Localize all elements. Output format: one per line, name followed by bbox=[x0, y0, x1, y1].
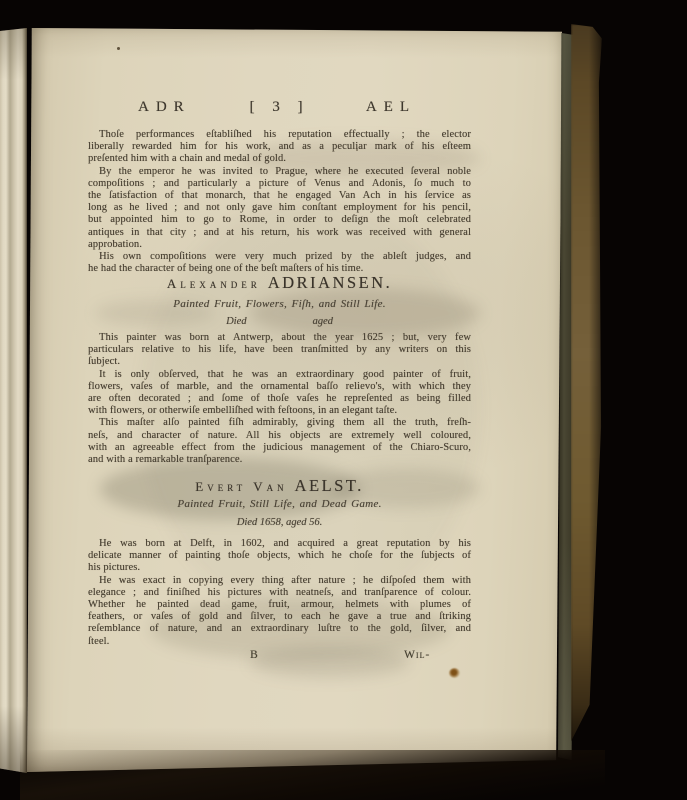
text-line: with an agreeable effect from the judici… bbox=[88, 442, 471, 454]
text-line: particulars relative to his life, have b… bbox=[88, 344, 471, 356]
paper-stain bbox=[250, 288, 480, 338]
page-footer: B Wil- bbox=[88, 649, 471, 665]
text-line: neſs, and character of nature. All his o… bbox=[88, 430, 471, 442]
catchword: Wil- bbox=[404, 649, 430, 661]
running-head-right: AEL bbox=[366, 99, 416, 116]
paragraph: This maſter alſo painted fiſh admirably,… bbox=[88, 417, 471, 466]
text-line: Thoſe performances eſtabliſhed his reput… bbox=[88, 129, 471, 141]
text-line: flowers, vaſes of marble, and the orname… bbox=[88, 381, 471, 393]
page-bottom-shadow bbox=[20, 750, 605, 800]
died-aged-line-adriansen: Died aged bbox=[88, 316, 471, 327]
text-line: his pictures. bbox=[88, 562, 471, 574]
paragraph: By the emperor he was invited to Prague,… bbox=[88, 166, 471, 251]
given-names: Evert Van bbox=[195, 479, 287, 494]
died-aged-line-aelst: Died 1658, aged 56. bbox=[88, 517, 471, 528]
intro-paragraphs: Thoſe performances eſtabliſhed his reput… bbox=[88, 129, 471, 275]
text-line: ſteel. bbox=[88, 636, 471, 648]
surname: AELST. bbox=[295, 476, 364, 495]
text-line: the ſatisfaction of that monarch, that h… bbox=[88, 190, 471, 202]
text-line: This maſter alſo painted fiſh admirably,… bbox=[88, 417, 471, 429]
text-line: feathers, or vaſes of gold and ſilver, t… bbox=[88, 611, 471, 623]
article-body-aelst: He was born at Delft, in 1602, and acqui… bbox=[88, 538, 471, 648]
paragraph: He was born at Delft, in 1602, and acqui… bbox=[88, 538, 471, 575]
text-line: This painter was born at Antwerp, about … bbox=[88, 332, 471, 344]
running-head: ADR [ 3 ] AEL bbox=[88, 99, 471, 121]
text-line: delicate manner of painting thoſe object… bbox=[88, 550, 471, 562]
text-line: Whether he painted dead game, fruit, arm… bbox=[88, 599, 471, 611]
text-line: but appointed him to go to Rome, in orde… bbox=[88, 214, 471, 226]
text-line: and with a remarkable tranſparence. bbox=[88, 454, 471, 466]
text-line: liberally rewarded him for his work, and… bbox=[88, 141, 471, 153]
text-line: preſented him with a chain and medal of … bbox=[88, 153, 471, 165]
paragraph: He was exact in copying every thing afte… bbox=[88, 575, 471, 648]
left-page-edge bbox=[0, 28, 27, 773]
ink-speck bbox=[117, 47, 120, 50]
text-line: He was born at Delft, in 1602, and acqui… bbox=[88, 538, 471, 550]
paragraph: His own compoſitions were very much priz… bbox=[88, 251, 471, 275]
died-label: Died bbox=[226, 316, 246, 327]
fore-edge-shadow bbox=[571, 24, 611, 756]
paragraph: Thoſe performances eſtabliſhed his reput… bbox=[88, 129, 471, 166]
text-line: long as he lived ; and not only gave him… bbox=[88, 202, 471, 214]
text-line: He was exact in copying every thing afte… bbox=[88, 575, 471, 587]
text-line: By the emperor he was invited to Prague,… bbox=[88, 166, 471, 178]
text-line: approbation. bbox=[88, 239, 471, 251]
text-line: reſemblance of nature, and an extraordin… bbox=[88, 623, 471, 635]
page-number: [ 3 ] bbox=[250, 99, 310, 116]
text-line: ſubject. bbox=[88, 356, 471, 368]
article-heading-adriansen: AlexanderADRIANSEN. bbox=[88, 273, 471, 293]
surname: ADRIANSEN. bbox=[268, 273, 392, 292]
text-line: antiques in that city ; and at his retur… bbox=[88, 227, 471, 239]
book-page-photo: ADR [ 3 ] AEL Thoſe performances eſtabli… bbox=[0, 0, 687, 800]
paragraph: It is only obſerved, that he was an extr… bbox=[88, 369, 471, 418]
article-subtitle-aelst: Painted Fruit, Still Life, and Dead Game… bbox=[88, 498, 471, 510]
paragraph: This painter was born at Antwerp, about … bbox=[88, 332, 471, 369]
text-line: His own compoſitions were very much priz… bbox=[88, 251, 471, 263]
article-body-adriansen: This painter was born at Antwerp, about … bbox=[88, 332, 471, 466]
given-names: Alexander bbox=[167, 276, 261, 291]
foxing-spot bbox=[449, 668, 460, 678]
running-head-left: ADR bbox=[138, 99, 191, 116]
text-line: elegance ; and finiſhed his pictures wit… bbox=[88, 587, 471, 599]
signature-mark: B bbox=[250, 649, 258, 661]
article-subtitle-adriansen: Painted Fruit, Flowers, Fiſh, and Still … bbox=[88, 298, 471, 310]
text-line: with flowers, or otherwiſe embelliſhed w… bbox=[88, 405, 471, 417]
text-line: are often decorated ; and ſome of thoſe … bbox=[88, 393, 471, 405]
aged-label: aged bbox=[313, 316, 333, 327]
article-heading-aelst: Evert VanAELST. bbox=[88, 476, 471, 496]
text-line: compoſitions ; and particularly a pictur… bbox=[88, 178, 471, 190]
text-line: It is only obſerved, that he was an extr… bbox=[88, 369, 471, 381]
